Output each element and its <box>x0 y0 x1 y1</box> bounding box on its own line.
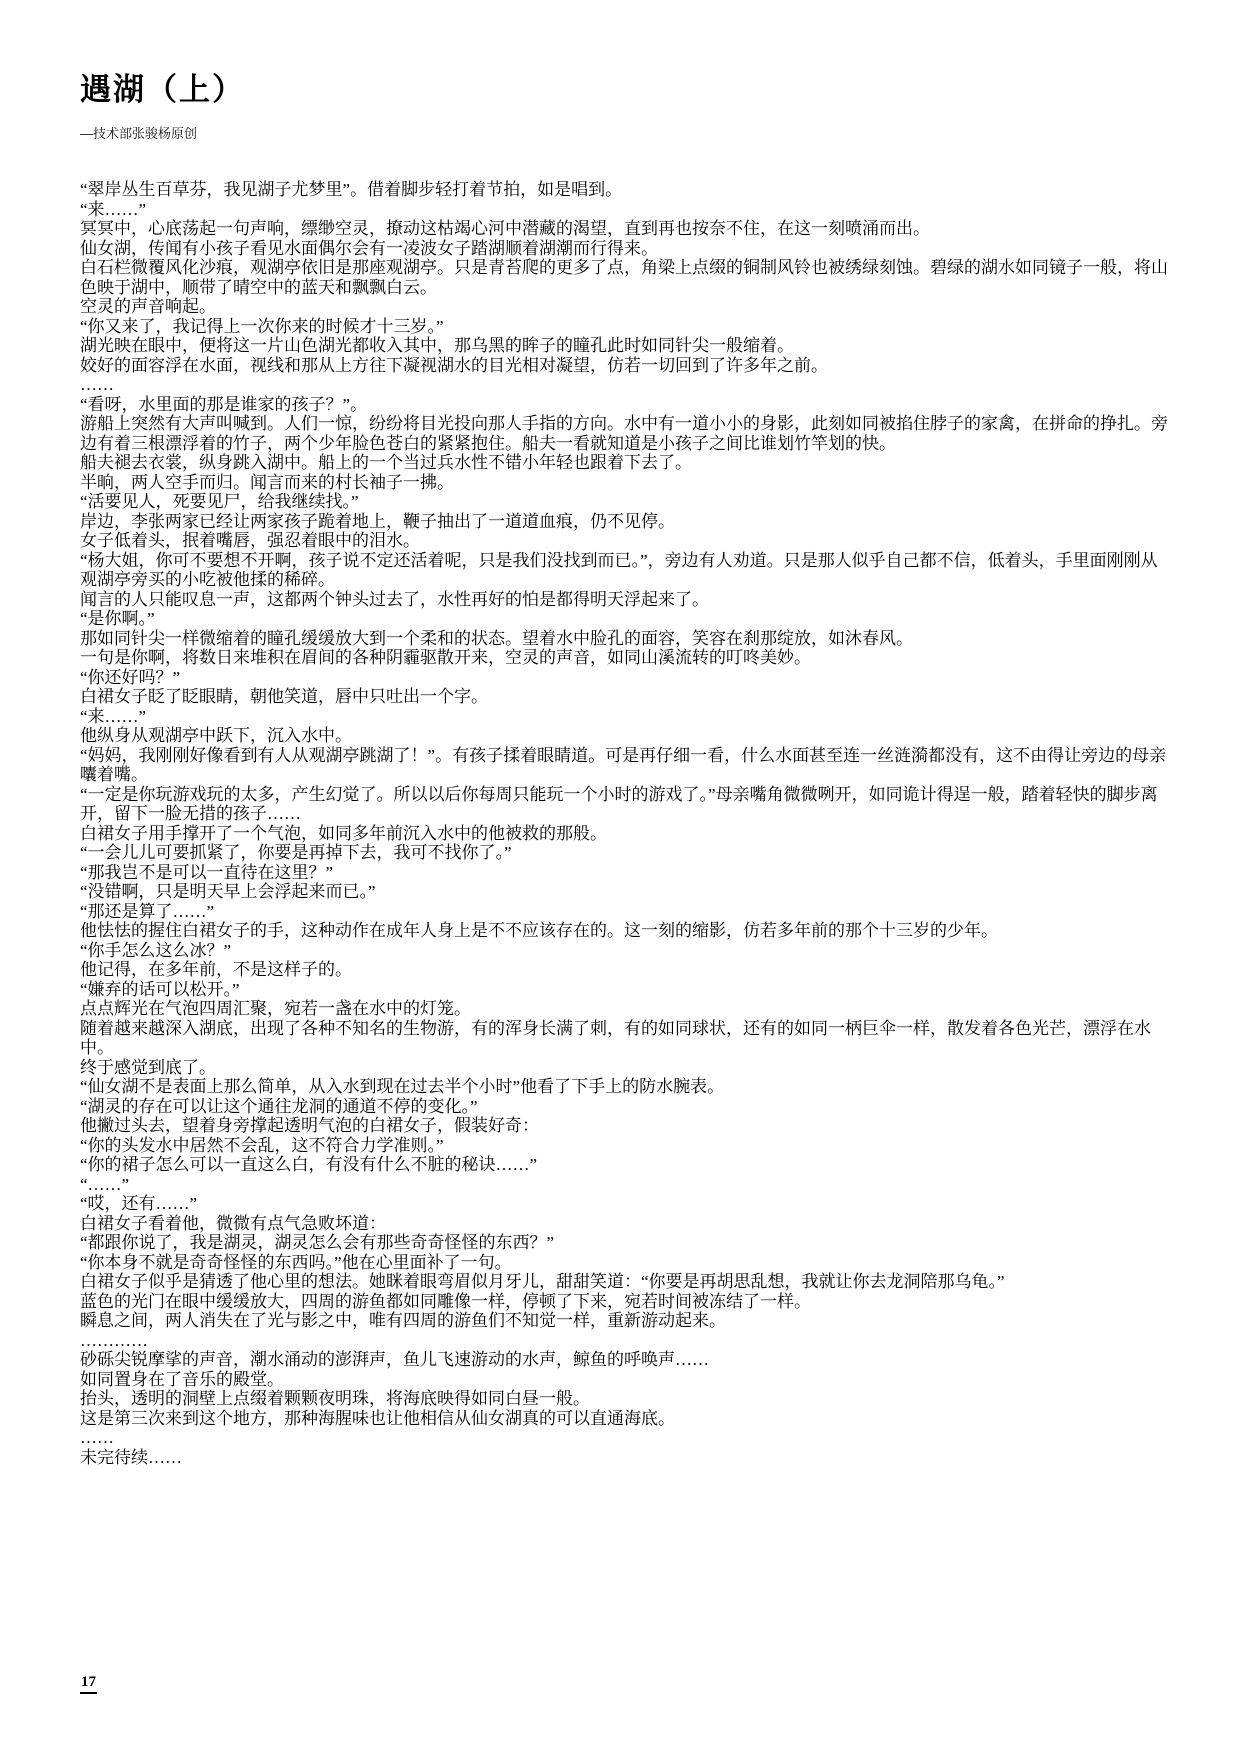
page-title: 遇湖（上） <box>80 73 1168 107</box>
story-paragraph: 游船上突然有大声叫喊到。人们一惊，纷纷将目光投向那人手指的方向。水中有一道小小的… <box>80 414 1168 453</box>
story-paragraph: “仙女湖不是表面上那么简单，从入水到现在过去半个小时”他看了下手上的防水腕表。 <box>80 1077 1168 1097</box>
story-paragraph: “一会儿儿可要抓紧了，你要是再掉下去，我可不找你了。” <box>80 843 1168 863</box>
story-paragraph: “你还好吗？” <box>80 668 1168 688</box>
story-paragraph: 冥冥中，心底荡起一句声响，缥缈空灵，撩动这枯竭心河中潜藏的渴望，直到再也按奈不住… <box>80 219 1168 239</box>
story-paragraph: …… <box>80 1428 1168 1448</box>
story-paragraph: 一句是你啊，将数日来堆积在眉间的各种阴霾驱散开来，空灵的声音，如同山溪流转的叮咚… <box>80 648 1168 668</box>
story-paragraph: 蓝色的光门在眼中缓缓放大，四周的游鱼都如同雕像一样，停顿了下来，宛若时间被冻结了… <box>80 1292 1168 1312</box>
author-byline: —技术部张骏杨原创 <box>80 123 1168 142</box>
story-paragraph: 船夫褪去衣裳，纵身跳入湖中。船上的一个当过兵水性不错小年轻也跟着下去了。 <box>80 453 1168 473</box>
story-paragraph: “嫌弃的话可以松开。” <box>80 980 1168 1000</box>
story-paragraph: “杨大姐，你可不要想不开啊，孩子说不定还活着呢，只是我们没找到而已。”，旁边有人… <box>80 551 1168 590</box>
story-paragraph: “来……” <box>80 707 1168 727</box>
story-paragraph: 瞬息之间，两人消失在了光与影之中，唯有四周的游鱼们不知觉一样，重新游动起来。 <box>80 1311 1168 1331</box>
story-paragraph: “哎，还有……” <box>80 1194 1168 1214</box>
story-paragraph: 那如同针尖一样微缩着的瞳孔缓缓放大到一个柔和的状态。望着水中脸孔的面容，笑容在刹… <box>80 629 1168 649</box>
story-paragraph: 白裙女子似乎是猜透了他心里的想法。她眯着眼弯眉似月牙儿，甜甜笑道：“你要是再胡思… <box>80 1272 1168 1292</box>
story-paragraph: “是你啊。” <box>80 609 1168 629</box>
story-paragraph: “看呀，水里面的那是谁家的孩子？”。 <box>80 395 1168 415</box>
story-paragraph: “那还是算了……” <box>80 902 1168 922</box>
story-paragraph: “一定是你玩游戏玩的太多，产生幻觉了。所以以后你每周只能玩一个小时的游戏了。”母… <box>80 785 1168 824</box>
story-paragraph: ………… <box>80 1331 1168 1351</box>
story-paragraph: 他怯怯的握住白裙女子的手，这种动作在成年人身上是不不应该存在的。这一刻的缩影，仿… <box>80 921 1168 941</box>
story-paragraph: …… <box>80 375 1168 395</box>
story-paragraph: 未完待续…… <box>80 1448 1168 1468</box>
story-paragraph: 半晌，两人空手而归。闻言而来的村长袖子一拂。 <box>80 473 1168 493</box>
story-paragraph: “活要见人，死要见尸，给我继续找。” <box>80 492 1168 512</box>
document-page: 遇湖（上） —技术部张骏杨原创 “翠岸丛生百草芬，我见湖子尤梦里”。借着脚步轻打… <box>80 73 1168 1467</box>
story-paragraph: 终于感觉到底了。 <box>80 1058 1168 1078</box>
story-paragraph: 仙女湖，传闻有小孩子看见水面偶尔会有一凌波女子踏湖顺着湖潮而行得来。 <box>80 239 1168 259</box>
story-paragraph: 他纵身从观湖亭中跃下，沉入水中。 <box>80 726 1168 746</box>
story-paragraph: 白裙女子眨了眨眼睛，朝他笑道，唇中只吐出一个字。 <box>80 687 1168 707</box>
story-paragraph: 岸边，李张两家已经让两家孩子跪着地上，鞭子抽出了一道道血痕，仍不见停。 <box>80 512 1168 532</box>
story-paragraph: “没错啊，只是明天早上会浮起来而已。” <box>80 882 1168 902</box>
story-paragraph: “那我岂不是可以一直待在这里？” <box>80 863 1168 883</box>
story-paragraph: “你的裙子怎么可以一直这么白，有没有什么不脏的秘诀……” <box>80 1155 1168 1175</box>
story-paragraph: 白石栏微覆风化沙痕，观湖亭依旧是那座观湖亭。只是青苔爬的更多了点，角梁上点缀的铜… <box>80 258 1168 297</box>
story-paragraph: 空灵的声音响起。 <box>80 297 1168 317</box>
story-paragraph: “你的头发水中居然不会乱，这不符合力学准则。” <box>80 1136 1168 1156</box>
story-body: “翠岸丛生百草芬，我见湖子尤梦里”。借着脚步轻打着节拍，如是唱到。“来……”冥冥… <box>80 180 1168 1467</box>
story-paragraph: 白裙女子看着他，微微有点气急败坏道： <box>80 1214 1168 1234</box>
story-paragraph: “翠岸丛生百草芬，我见湖子尤梦里”。借着脚步轻打着节拍，如是唱到。 <box>80 180 1168 200</box>
story-paragraph: 随着越来越深入湖底，出现了各种不知名的生物游，有的浑身长满了刺，有的如同球状，还… <box>80 1019 1168 1058</box>
story-paragraph: “湖灵的存在可以让这个通往龙洞的通道不停的变化。” <box>80 1097 1168 1117</box>
story-paragraph: 姣好的面容浮在水面，视线和那从上方往下凝视湖水的目光相对凝望，仿若一切回到了许多… <box>80 356 1168 376</box>
story-paragraph: 湖光映在眼中，便将这一片山色湖光都收入其中，那乌黑的眸子的瞳孔此时如同针尖一般缩… <box>80 336 1168 356</box>
story-paragraph: “……” <box>80 1175 1168 1195</box>
story-paragraph: “你又来了，我记得上一次你来的时候才十三岁。” <box>80 317 1168 337</box>
story-paragraph: 抬头，透明的洞壁上点缀着颗颗夜明珠，将海底映得如同白昼一般。 <box>80 1389 1168 1409</box>
story-paragraph: “来……” <box>80 200 1168 220</box>
story-paragraph: 女子低着头，抿着嘴唇，强忍着眼中的泪水。 <box>80 531 1168 551</box>
story-paragraph: 白裙女子用手撑开了一个气泡，如同多年前沉入水中的他被救的那般。 <box>80 824 1168 844</box>
story-paragraph: 他记得，在多年前，不是这样子的。 <box>80 960 1168 980</box>
story-paragraph: 砂砾尖锐摩挲的声音，潮水涌动的澎湃声，鱼儿飞速游动的水声，鲸鱼的呼唤声…… <box>80 1350 1168 1370</box>
story-paragraph: “你手怎么这么冰？” <box>80 941 1168 961</box>
page-number: 17 <box>80 1674 97 1694</box>
story-paragraph: “都跟你说了，我是湖灵，湖灵怎么会有那些奇奇怪怪的东西？” <box>80 1233 1168 1253</box>
story-paragraph: 他撇过头去，望着身旁撑起透明气泡的白裙女子，假装好奇： <box>80 1116 1168 1136</box>
story-paragraph: “你本身不就是奇奇怪怪的东西吗。”他在心里面补了一句。 <box>80 1253 1168 1273</box>
story-paragraph: 点点辉光在气泡四周汇聚，宛若一盏在水中的灯笼。 <box>80 999 1168 1019</box>
story-paragraph: 闻言的人只能叹息一声，这都两个钟头过去了，水性再好的怕是都得明天浮起来了。 <box>80 590 1168 610</box>
story-paragraph: 如同置身在了音乐的殿堂。 <box>80 1370 1168 1390</box>
story-paragraph: 这是第三次来到这个地方，那种海腥味也让他相信从仙女湖真的可以直通海底。 <box>80 1409 1168 1429</box>
story-paragraph: “妈妈，我刚刚好像看到有人从观湖亭跳湖了！”。有孩子揉着眼睛道。可是再仔细一看，… <box>80 746 1168 785</box>
